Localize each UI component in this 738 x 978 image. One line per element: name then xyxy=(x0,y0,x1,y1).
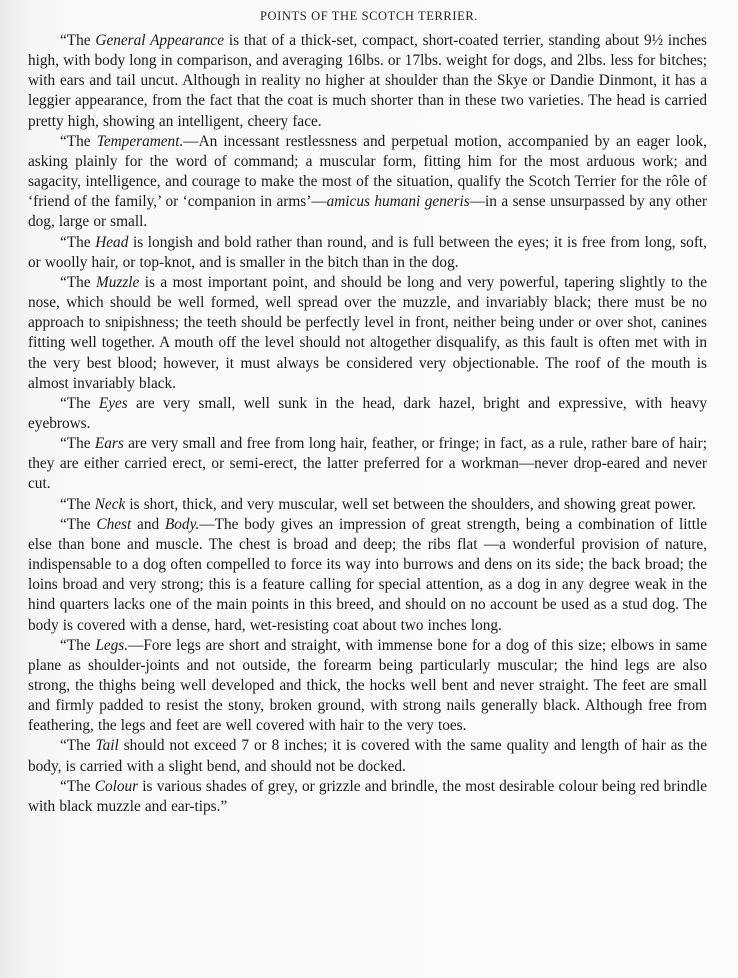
paragraph-text: “The xyxy=(60,234,95,251)
paragraph-colour: “The Colour is various shades of grey, o… xyxy=(28,777,707,817)
paragraph-text: “The xyxy=(60,32,95,49)
paragraph-chest-body: “The Chest and Body.—The body gives an i… xyxy=(28,515,707,636)
paragraph-text: “The xyxy=(60,274,96,291)
paragraph-text: “The xyxy=(60,496,95,513)
italic-term: Neck xyxy=(95,496,126,513)
paragraph-eyes: “The Eyes are very small, well sunk in t… xyxy=(28,394,707,434)
italic-term: General Appearance xyxy=(95,32,224,49)
paragraph-text: “The xyxy=(60,133,97,150)
paragraph-text: “The xyxy=(60,778,95,795)
italic-term: amicus humani generis xyxy=(327,193,470,210)
paragraph-temperament: “The Temperament.—An incessant restlessn… xyxy=(28,132,707,233)
paragraph-text: “The xyxy=(60,737,96,754)
page-heading: POINTS OF THE SCOTCH TERRIER. xyxy=(0,9,738,24)
paragraph-text: are very small, well sunk in the head, d… xyxy=(28,395,707,432)
italic-term: Tail xyxy=(96,737,119,754)
italic-term: Head xyxy=(95,234,128,251)
paragraph-muzzle: “The Muzzle is a most important point, a… xyxy=(28,273,707,394)
paragraph-text: “The xyxy=(60,435,95,452)
paragraph-text: “The xyxy=(60,637,95,654)
paragraph-general-appearance: “The General Appearance is that of a thi… xyxy=(28,31,707,132)
paragraph-text: is short, thick, and very muscular, well… xyxy=(125,496,696,513)
paragraph-legs: “The Legs.—Fore legs are short and strai… xyxy=(28,636,707,737)
paragraph-text: is longish and bold rather than round, a… xyxy=(28,234,707,271)
paragraph-ears: “The Ears are very small and free from l… xyxy=(28,434,707,494)
italic-term: Legs. xyxy=(95,637,128,654)
paragraph-text: is a most important point, and should be… xyxy=(28,274,707,392)
paragraph-neck: “The Neck is short, thick, and very musc… xyxy=(28,495,707,515)
paragraph-text: —The body gives an impression of great s… xyxy=(28,516,707,634)
paragraph-text: should not exceed 7 or 8 inches; it is c… xyxy=(28,737,707,774)
paragraph-text: —Fore legs are short and straight, with … xyxy=(28,637,707,735)
paragraph-head: “The Head is longish and bold rather tha… xyxy=(28,233,707,273)
italic-term: Eyes xyxy=(99,395,128,412)
paragraph-text: and xyxy=(131,516,165,533)
paragraph-text: “The xyxy=(60,395,99,412)
italic-term: Chest xyxy=(96,516,131,533)
italic-term: Body. xyxy=(165,516,199,533)
paragraph-tail: “The Tail should not exceed 7 or 8 inche… xyxy=(28,736,707,776)
book-page: POINTS OF THE SCOTCH TERRIER. “The Gener… xyxy=(0,0,738,978)
paragraph-text: “The xyxy=(60,516,96,533)
italic-term: Muzzle xyxy=(96,274,139,291)
italic-term: Colour xyxy=(95,778,138,795)
paragraph-text: are very small and free from long hair, … xyxy=(28,435,707,492)
italic-term: Ears xyxy=(95,435,124,452)
italic-term: Temperament. xyxy=(97,133,184,150)
body-text: “The General Appearance is that of a thi… xyxy=(28,31,707,817)
